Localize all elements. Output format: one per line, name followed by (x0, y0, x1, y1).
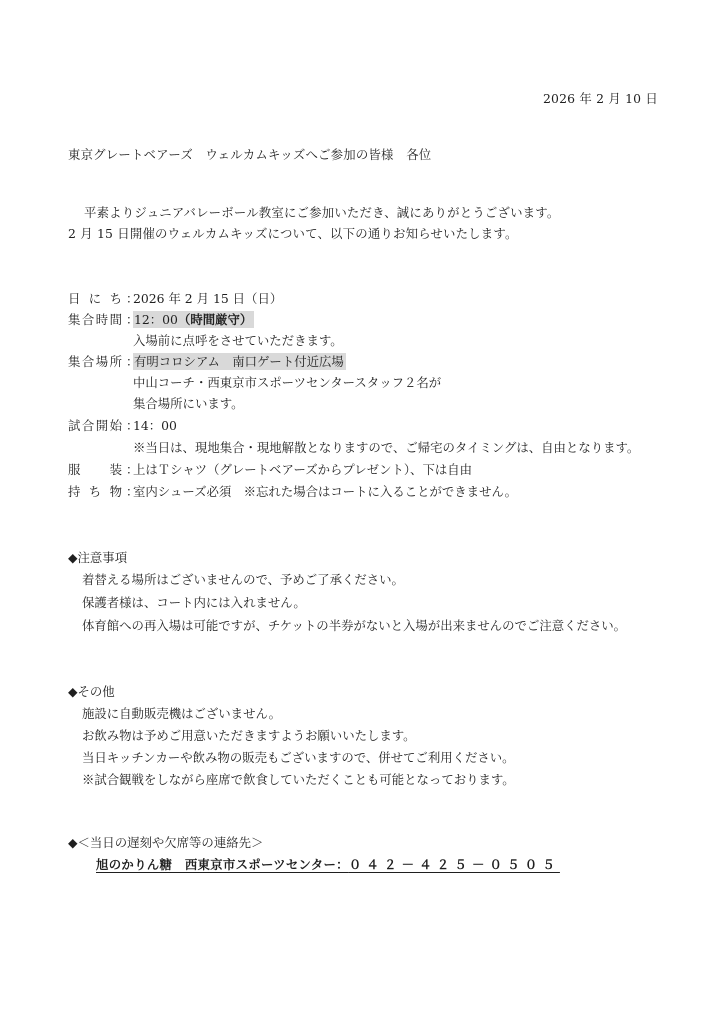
label-char: 合 (82, 418, 94, 434)
highlighted-meeting-time: 12：00（時間厳守） (133, 311, 254, 328)
note-dismissal: ※当日は、現地集合・現地解散となりますので、ご帰宅のタイミングは、自由となります… (133, 440, 639, 456)
value-date: 2026 年 2 月 15 日（日） (133, 291, 282, 307)
highlighted-meeting-place: 有明コロシアム 南口ゲート付近広場 (133, 353, 346, 370)
label-char: 時 (96, 312, 108, 328)
value-meeting-time: 12：00（時間厳守） (133, 312, 254, 328)
contact-name: 旭のかりん糖 西東京市スポーツセンター： (96, 857, 349, 872)
label-char: 集 (68, 354, 80, 370)
label-clothing: 服 装 (68, 462, 122, 478)
label-char: 服 (68, 462, 80, 478)
label-date: 日 に ち (68, 291, 122, 307)
addressee: 東京グレートベアーズ ウェルカムキッズへご参加の皆様 各位 (68, 147, 431, 163)
note-staff: 中山コーチ・西東京市スポーツセンタースタッフ２名が (133, 375, 441, 391)
other-item: お飲み物は予めご用意いただきますようお願いいたします。 (82, 728, 416, 744)
label-char: 物 (110, 484, 122, 500)
label-char: 場 (96, 354, 108, 370)
contact-heading: ◆＜当日の遅刻や欠席等の連絡先＞ (68, 835, 263, 851)
document-page: 2026 年 2 月 10 日 東京グレートベアーズ ウェルカムキッズへご参加の… (0, 0, 725, 1024)
greeting-line-1: 平素よりジュニアバレーボール教室にご参加いただき、誠にありがとうございます。 (84, 205, 559, 221)
other-item: 施設に自動販売機はございません。 (82, 706, 281, 722)
label-char: 集 (68, 312, 80, 328)
other-item: 当日キッチンカーや飲み物の販売もございますので、併せてご利用ください。 (82, 750, 515, 766)
label-char: ち (89, 484, 101, 500)
notes-item: 保護者様は、コート内には入れません。 (82, 595, 306, 611)
label-char: 始 (110, 418, 122, 434)
label-char: に (89, 291, 101, 307)
greeting-line-2: 2 月 15 日開催のウェルカムキッズについて、以下の通りお知らせいたします。 (68, 226, 518, 242)
label-char: 所 (110, 354, 122, 370)
label-char: 試 (68, 418, 80, 434)
label-char: 装 (110, 462, 122, 478)
document-date: 2026 年 2 月 10 日 (543, 91, 658, 107)
value-game-start: 14：00 (133, 418, 177, 434)
value-clothing: 上はＴシャツ（グレートベアーズからプレゼント）、下は自由 (133, 462, 472, 478)
label-char: ち (110, 291, 122, 307)
notes-item: 着替える場所はございませんので、予めご了承ください。 (82, 572, 404, 588)
label-char: 合 (82, 354, 94, 370)
label-game-start: 試 合 開 始 (68, 418, 122, 434)
notes-heading: ◆注意事項 (68, 550, 127, 566)
contact-line: 旭のかりん糖 西東京市スポーツセンター：０４２－４２５－０５０５ (96, 857, 560, 873)
value-meeting-place: 有明コロシアム 南口ゲート付近広場 (133, 354, 346, 370)
note-roll-call: 入場前に点呼をさせていただきます。 (133, 333, 343, 349)
notes-item: 体育館への再入場は可能ですが、チケットの半券がないと入場が出来ませんのでご注意く… (82, 618, 626, 634)
note-staff-location: 集合場所にいます。 (133, 396, 244, 412)
meeting-time-strict: （時間厳守） (178, 312, 252, 327)
other-item: ※試合観戦をしながら座席で飲食していただくことも可能となっております。 (82, 772, 515, 788)
meeting-time: 12：00 (134, 312, 178, 327)
label-char: 開 (96, 418, 108, 434)
label-meeting-place: 集 合 場 所 (68, 354, 122, 370)
label-char: 日 (68, 291, 80, 307)
label-char: 合 (82, 312, 94, 328)
label-meeting-time: 集 合 時 間 (68, 312, 122, 328)
other-heading: ◆その他 (68, 684, 115, 700)
contact-phone: ０４２－４２５－０５０５ (349, 857, 560, 872)
label-char: 持 (68, 484, 80, 500)
label-belongings: 持 ち 物 (68, 484, 122, 500)
value-belongings: 室内シューズ必須 ※忘れた場合はコートに入ることができません。 (133, 484, 517, 500)
label-char: 間 (110, 312, 122, 328)
